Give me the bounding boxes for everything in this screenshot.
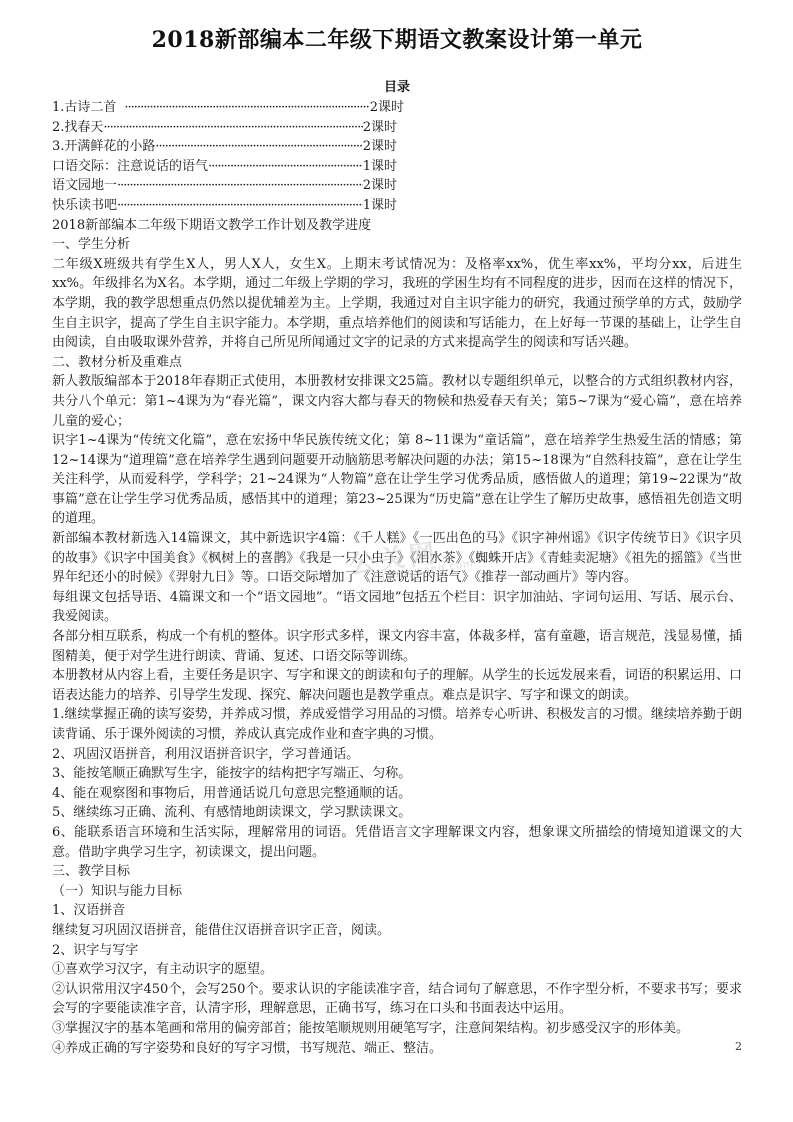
toc-leader-dots xyxy=(103,118,362,138)
toc-item-value: 1课时 xyxy=(363,196,397,216)
paragraph: 二年级X班级共有学生X人，男人X人，女生X。上期末考试情况为：及格率xx%，优生… xyxy=(52,255,742,353)
list-item: ①喜欢学习汉字，有主动识字的愿望。 xyxy=(52,960,742,980)
toc-heading: 目录 xyxy=(52,79,742,97)
plan-title: 2018新部编本二年级下期语文教学工作计划及教学进度 xyxy=(52,216,742,236)
subsection-heading: 2、识字与写字 xyxy=(52,941,742,961)
document-body: 1.古诗二首 2课时 2.找春天 2课时 3.开满鲜花的小路 2课时 口语交际：… xyxy=(52,98,742,1058)
paragraph: 每组课文包括导语、4篇课文和一个“语文园地”。“语文园地”包括五个栏目：识字加油… xyxy=(52,588,742,627)
toc-item-value: 2课时 xyxy=(363,137,397,157)
section-heading-student-analysis: 一、学生分析 xyxy=(52,235,742,255)
toc-leader-dots xyxy=(117,196,363,216)
toc-leader-dots xyxy=(124,98,369,118)
toc-item: 语文园地一 2课时 xyxy=(52,176,397,196)
toc-item: 快乐读书吧 1课时 xyxy=(52,196,397,216)
section-heading-teaching-goals: 三、教学目标 xyxy=(52,862,742,882)
toc-item: 2.找春天 2课时 xyxy=(52,118,397,138)
toc-item-label: 口语交际：注意说话的语气 xyxy=(52,157,208,177)
list-item: ④养成正确的写字姿势和良好的写字习惯，书写规范、端正、整洁。 xyxy=(52,1039,742,1059)
toc-item: 口语交际：注意说话的语气 1课时 xyxy=(52,157,397,177)
toc-leader-dots xyxy=(208,157,363,177)
toc-item-value: 1课时 xyxy=(363,157,397,177)
subsection-heading: （一）知识与能力目标 xyxy=(52,882,742,902)
toc-item-label: 3.开满鲜花的小路 xyxy=(52,137,155,157)
list-item: 6、能联系语言环境和生活实际，理解常用的词语。凭借语言文字理解课文内容，想象课文… xyxy=(52,823,742,862)
toc-leader-dots xyxy=(117,176,363,196)
list-item: 3、能按笔顺正确默写生字，能按字的结构把字写端正、匀称。 xyxy=(52,764,742,784)
toc-item-value: 2课时 xyxy=(363,176,397,196)
toc-item-label: 2.找春天 xyxy=(52,118,103,138)
section-heading-textbook-analysis: 二、教材分析及重难点 xyxy=(52,353,742,373)
paragraph: 新人教版编部本于2018年春期正式使用，本册教材安排课文25篇。教材以专题组织单… xyxy=(52,372,742,431)
list-item: 2、巩固汉语拼音，利用汉语拼音识字，学习普通话。 xyxy=(52,745,742,765)
paragraph: 各部分相互联系，构成一个有机的整体。识字形式多样，课文内容丰富，体裁多样，富有童… xyxy=(52,627,742,666)
page-number: 2 xyxy=(735,1040,742,1053)
subsection-heading: 1、汉语拼音 xyxy=(52,901,742,921)
table-of-contents: 1.古诗二首 2课时 2.找春天 2课时 3.开满鲜花的小路 2课时 口语交际：… xyxy=(52,98,742,216)
paragraph: 识字1~4课为“传统文化篇”，意在宏扬中华民族传统文化；第 8~11课为“童话篇… xyxy=(52,431,742,529)
toc-item-label: 语文园地一 xyxy=(52,176,117,196)
toc-item: 3.开满鲜花的小路 2课时 xyxy=(52,137,397,157)
toc-item-label: 1.古诗二首 xyxy=(52,98,124,118)
paragraph: 继续复习巩固汉语拼音，能借住汉语拼音识字正音，阅读。 xyxy=(52,921,742,941)
toc-item-label: 快乐读书吧 xyxy=(52,196,117,216)
paragraph: 本册教材从内容上看，主要任务是识字、写字和课文的朗读和句子的理解。从学生的长远发… xyxy=(52,666,742,705)
list-item: 1.继续掌握正确的读写姿势，并养成习惯，养成爱惜学习用品的习惯。培养专心听讲、积… xyxy=(52,705,742,744)
paragraph: 新部编本教材新选入14篇课文，其中新选识字4篇：《千人糕》《一匹出色的马》《识字… xyxy=(52,529,742,588)
toc-item-value: 2课时 xyxy=(370,98,404,118)
toc-item-value: 2课时 xyxy=(363,118,397,138)
toc-item: 1.古诗二首 2课时 xyxy=(52,98,404,118)
list-item: ③掌握汉字的基本笔画和常用的偏旁部首；能按笔顺规则用硬笔写字，注意间架结构。初步… xyxy=(52,1019,742,1039)
list-item: 4、能在观察图和事物后，用普通话说几句意思完整通顺的话。 xyxy=(52,784,742,804)
list-item: 5、继续练习正确、流利、有感情地朗读课文，学习默读课文。 xyxy=(52,803,742,823)
document-title: 2018新部编本二年级下期语文教案设计第一单元 xyxy=(52,26,742,54)
toc-leader-dots xyxy=(155,137,362,157)
list-item: ②认识常用汉字450个，会写250个。要求认识的字能读准字音，结合词句了解意思，… xyxy=(52,980,742,1019)
